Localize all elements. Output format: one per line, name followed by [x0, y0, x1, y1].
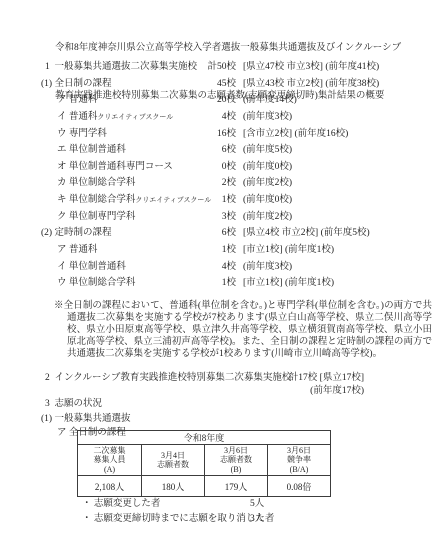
section-2-label: 2 インクルーシブ教育実践推進校特別募集二次募集実施校: [45, 369, 291, 383]
row-label: エ 単位制普通科: [57, 142, 126, 159]
col-header-competition-ratio: 3月6日 競争率 (B/A): [268, 445, 331, 476]
row-detail: [県立4校 市立2校] (前年度5校): [243, 225, 370, 242]
bullet-row: ・ 志願変更締切時までに志願を取り消した者 3人: [0, 512, 440, 527]
section-2-prev-year: (前年度17校): [310, 382, 364, 396]
row-school-count: 16校: [186, 126, 236, 143]
row-label-small-text: クリエイティブスクール: [97, 113, 173, 121]
row-detail: [含市立2校] (前年度16校): [243, 126, 348, 143]
row-school-count: 1校: [186, 242, 236, 259]
row-label: ア 普通科: [57, 92, 97, 109]
section-3-subheading: (1) 一般募集共通選抜: [41, 410, 130, 424]
row-label: (1) 全日制の課程: [41, 76, 111, 93]
row-school-count: 45校: [186, 76, 236, 93]
school-count-row: ウ 専門学科 16校 [含市立2校] (前年度16校): [0, 126, 440, 143]
row-school-count: 4校: [186, 259, 236, 276]
row-label: イ 普通科クリエイティブスクール: [57, 109, 173, 126]
section-3-heading: 3 志願の状況: [45, 395, 102, 409]
school-count-row: エ 単位制普通科 6校 (前年度5校): [0, 142, 440, 159]
cell-applicants-mar4: 180人: [142, 476, 205, 497]
cell-recruit-capacity: 2,108人: [78, 476, 142, 497]
table-year-header: 令和8年度: [78, 431, 331, 445]
row-label-text: 1 一般募集共通選抜二次募集実施校: [45, 62, 197, 72]
school-count-row: ア 普通科 20校 (前年度14校): [0, 92, 440, 109]
section-1-school-counts: 1 一般募集共通選抜二次募集実施校 計50校 [県立47校 市立3校] (前年度…: [0, 59, 440, 292]
row-school-count: 2校: [186, 175, 236, 192]
footnote: ※全日制の課程において、普通科(単位制を含む。)と専門学科(単位制を含む。)の両…: [54, 301, 432, 361]
row-label-text: エ 単位制普通科: [57, 145, 126, 155]
bullet-label: ・ 志願変更締切時までに志願を取り消した者: [82, 512, 274, 527]
row-label: 1 一般募集共通選抜二次募集実施校: [45, 59, 197, 76]
bullet-value: 3人: [250, 512, 264, 527]
row-label-text: イ 単位制普通科: [57, 262, 126, 272]
school-count-row: ク 単位制専門学科 3校 (前年度2校): [0, 209, 440, 226]
title-line-1: 令和8年度神奈川県公立高等学校入学者選抜一般募集共通選抜及びインクルーシブ: [55, 40, 401, 56]
table-header-row: 二次募集 募集人員 (A) 3月4日 志願者数 3月6日 志願者数 (B) 3月…: [78, 445, 331, 476]
row-label-text: カ 単位制総合学科: [57, 178, 135, 188]
col-header-recruit-capacity: 二次募集 募集人員 (A): [78, 445, 142, 476]
row-school-count: 1校: [186, 192, 236, 209]
school-count-row: (2) 定時制の課程 6校 [県立4校 市立2校] (前年度5校): [0, 225, 440, 242]
row-label: イ 単位制普通科: [57, 259, 126, 276]
row-label: ア 普通科: [57, 242, 97, 259]
row-detail: (前年度3校): [243, 259, 292, 276]
row-label: カ 単位制総合学科: [57, 175, 135, 192]
application-status-table: 令和8年度 二次募集 募集人員 (A) 3月4日 志願者数 3月6日 志願者数 …: [77, 430, 331, 497]
row-detail: (前年度2校): [243, 175, 292, 192]
school-count-row: (1) 全日制の課程 45校 [県立43校 市立2校] (前年度38校): [0, 76, 440, 93]
row-label-text: キ 単位制総合学科: [57, 195, 135, 205]
bullet-row: ・ 志願変更した者 5人: [0, 497, 440, 512]
row-label-text: ウ 単位制総合学科: [57, 278, 135, 288]
school-count-row: オ 単位制普通科専門コース 0校 (前年度0校): [0, 159, 440, 176]
row-label-text: (2) 定時制の課程: [41, 228, 111, 238]
row-detail: (前年度3校): [243, 109, 292, 126]
school-count-row: ア 普通科 1校 [市立1校] (前年度1校): [0, 242, 440, 259]
row-label: ク 単位制専門学科: [57, 209, 135, 226]
row-label: (2) 定時制の課程: [41, 225, 111, 242]
row-label-text: オ 単位制普通科専門コース: [57, 162, 173, 172]
bullet-notes: ・ 志願変更した者 5人 ・ 志願変更締切時までに志願を取り消した者 3人: [0, 497, 440, 528]
row-detail: [市立1校] (前年度1校): [243, 275, 334, 292]
school-count-row: カ 単位制総合学科 2校 (前年度2校): [0, 175, 440, 192]
row-label-text: ア 普通科: [57, 95, 97, 105]
row-label-text: ウ 専門学科: [57, 129, 107, 139]
row-detail: [県立43校 市立2校] (前年度38校): [243, 76, 379, 93]
row-detail: [県立47校 市立3校] (前年度41校): [243, 59, 379, 76]
row-label-text: (1) 全日制の課程: [41, 79, 111, 89]
table-year-row: 令和8年度: [78, 431, 331, 445]
row-school-count: 3校: [186, 209, 236, 226]
school-count-row: 1 一般募集共通選抜二次募集実施校 計50校 [県立47校 市立3校] (前年度…: [0, 59, 440, 76]
row-label-text: ア 普通科: [57, 245, 97, 255]
row-school-count: 6校: [186, 225, 236, 242]
school-count-row: キ 単位制総合学科クリエイティブスクール 1校 (前年度0校): [0, 192, 440, 209]
school-count-row: イ 単位制普通科 4校 (前年度3校): [0, 259, 440, 276]
row-label-text: ク 単位制専門学科: [57, 212, 135, 222]
row-detail: [市立1校] (前年度1校): [243, 242, 334, 259]
row-school-count: 20校: [186, 92, 236, 109]
row-label-text: イ 普通科: [57, 112, 97, 122]
bullet-value: 5人: [250, 497, 264, 512]
row-label: ウ 専門学科: [57, 126, 107, 143]
row-school-count: 4校: [186, 109, 236, 126]
document-page: 令和8年度神奈川県公立高等学校入学者選抜一般募集共通選抜及びインクルーシブ 教育…: [0, 0, 440, 542]
school-count-row: ウ 単位制総合学科 1校 [市立1校] (前年度1校): [0, 275, 440, 292]
row-detail: (前年度5校): [243, 142, 292, 159]
row-detail: (前年度0校): [243, 192, 292, 209]
school-count-row: イ 普通科クリエイティブスクール 4校 (前年度3校): [0, 109, 440, 126]
cell-applicants-mar6: 179人: [205, 476, 268, 497]
col-header-applicants-mar4: 3月4日 志願者数: [142, 445, 205, 476]
table-value-row: 2,108人 180人 179人 0.08倍: [78, 476, 331, 497]
row-detail: (前年度14校): [243, 92, 297, 109]
row-detail: (前年度0校): [243, 159, 292, 176]
section-2-count: 計17校 [県立17校]: [289, 369, 364, 383]
row-school-count: 1校: [186, 275, 236, 292]
row-label: オ 単位制普通科専門コース: [57, 159, 173, 176]
bullet-label: ・ 志願変更した者: [82, 497, 160, 512]
row-school-count: 6校: [186, 142, 236, 159]
cell-competition-ratio: 0.08倍: [268, 476, 331, 497]
row-school-count: 0校: [186, 159, 236, 176]
row-school-count: 計50校: [186, 59, 236, 76]
col-header-applicants-mar6: 3月6日 志願者数 (B): [205, 445, 268, 476]
row-label: ウ 単位制総合学科: [57, 275, 135, 292]
row-detail: (前年度2校): [243, 209, 292, 226]
